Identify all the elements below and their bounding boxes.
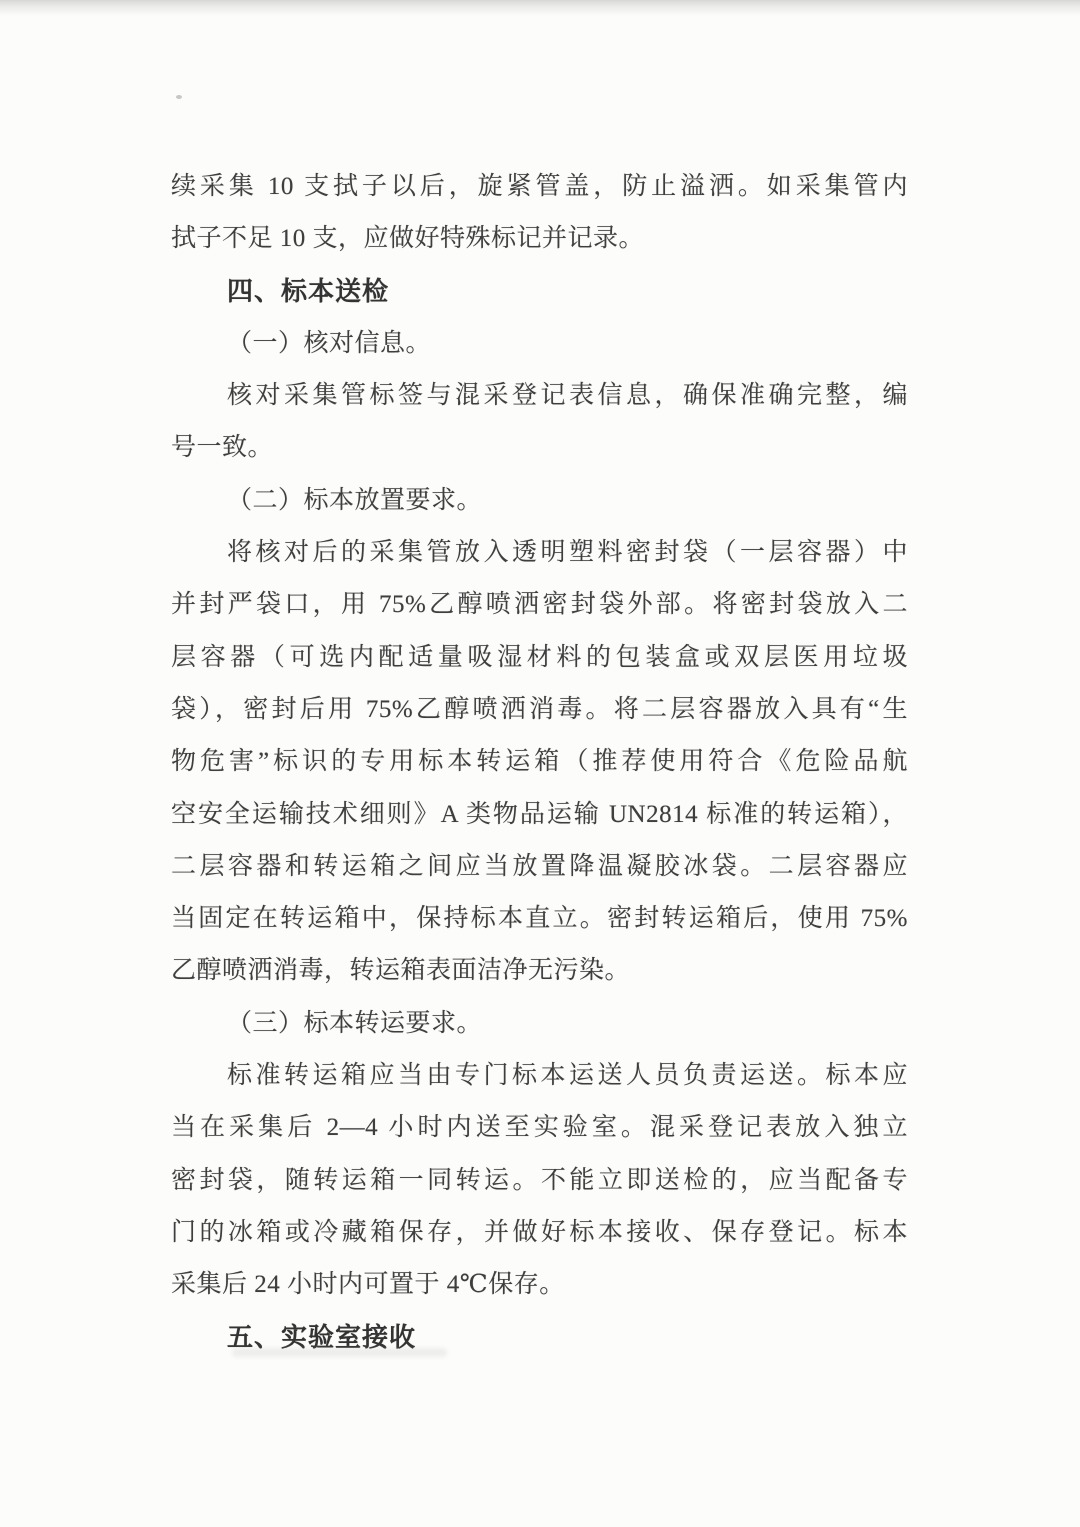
text-line: 二层容器和转运箱之间应当放置降温凝胶冰袋。二层容器应 [171,841,908,893]
subsection-heading-3: （三）标本转运要求。 [171,998,908,1050]
text-line: 层容器（可选内配适量吸湿材料的包装盒或双层医用垃圾 [171,632,908,684]
subsection-heading-2: （二）标本放置要求。 [171,475,908,527]
text-line: 并封严袋口，用 75%乙醇喷洒密封袋外部。将密封袋放入二 [171,579,908,631]
text-line: 核对采集管标签与混采登记表信息，确保准确完整，编 [171,370,908,422]
scan-smudge-artifact [232,1348,447,1357]
text-line: 袋），密封后用 75%乙醇喷洒消毒。将二层容器放入具有“生 [171,684,908,736]
scan-speck-artifact [176,95,182,99]
text-line: 将核对后的采集管放入透明塑料密封袋（一层容器）中 [171,527,908,579]
subsection-heading-1: （一）核对信息。 [171,318,908,370]
text-line: 号一致。 [171,422,908,474]
text-line: 门的冰箱或冷藏箱保存，并做好标本接收、保存登记。标本 [171,1207,908,1259]
text-line: 乙醇喷洒消毒，转运箱表面洁净无污染。 [171,945,908,997]
text-line: 当在采集后 2—4 小时内送至实验室。混采登记表放入独立 [171,1102,908,1154]
text-line: 标准转运箱应当由专门标本运送人员负责运送。标本应 [171,1050,908,1102]
text-line: 密封袋，随转运箱一同转运。不能立即送检的，应当配备专 [171,1155,908,1207]
text-line: 拭子不足 10 支，应做好特殊标记并记录。 [171,213,908,265]
document-content: 续采集 10 支拭子以后，旋紧管盖，防止溢洒。如采集管内 拭子不足 10 支，应… [171,161,908,1364]
text-line: 采集后 24 小时内可置于 4℃保存。 [171,1259,908,1311]
text-line: 当固定在转运箱中，保持标本直立。密封转运箱后，使用 75% [171,893,908,945]
text-line: 物危害”标识的专用标本转运箱（推荐使用符合《危险品航 [171,736,908,788]
scan-edge-artifact [0,0,1080,16]
text-line: 续采集 10 支拭子以后，旋紧管盖，防止溢洒。如采集管内 [171,161,908,213]
document-page: 续采集 10 支拭子以后，旋紧管盖，防止溢洒。如采集管内 拭子不足 10 支，应… [0,0,1080,1527]
text-line: 空安全运输技术细则》A 类物品运输 UN2814 标准的转运箱）， [171,789,908,841]
section-heading-4: 四、标本送检 [171,266,908,318]
